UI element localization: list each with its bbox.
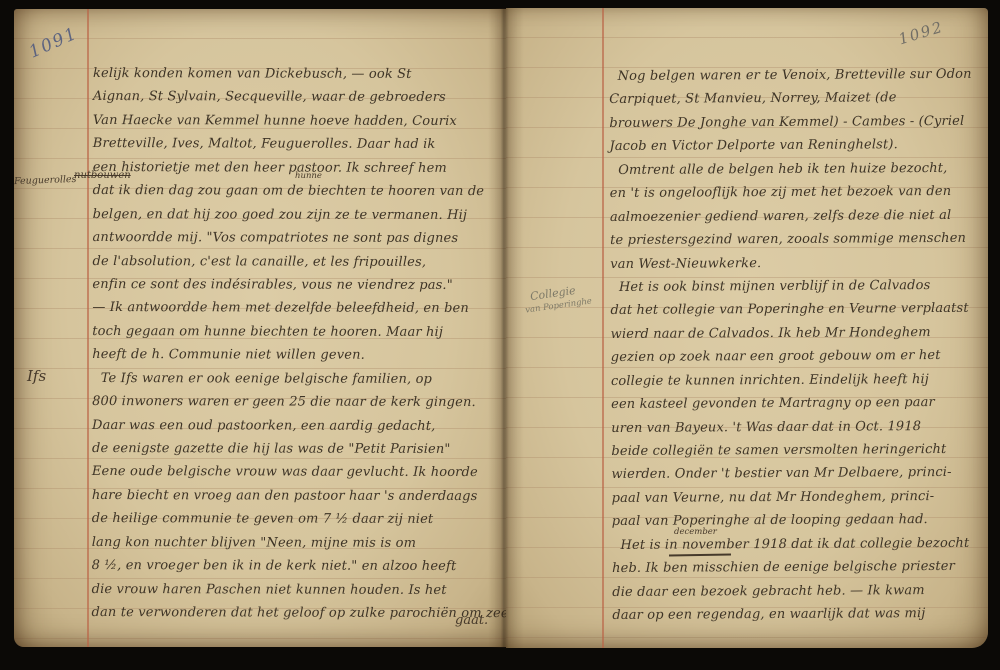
manuscript-line: Jacob en Victor Delporte van Reninghelst… [609,133,985,159]
manuscript-line: kelijk konden komen van Dickebusch, — oo… [93,62,509,87]
manuscript-line: te priestersgezind waren, zooals sommige… [610,227,986,253]
hanging-word: gaat. [455,613,488,628]
manuscript-line: Carpiquet, St Manvieu, Norrey, Maizet (d… [609,86,985,112]
manuscript-line: paal van Veurne, nu dat Mr Hondeghem, pr… [612,485,988,511]
margin-note-ifs: Ifs [27,367,46,385]
text-column: kelijk konden komen van Dickebusch, — oo… [92,62,509,626]
text-column: Nog belgen waren er te Venoix, Brettevil… [609,63,988,628]
manuscript-line: wierd naar de Calvados. Ik heb Mr Hondeg… [611,321,987,347]
manuscript-line: lang kon nuchter blijven "Neen, mijne mi… [92,531,508,556]
manuscript-line: Aignan, St Sylvain, Secqueville, waar de… [93,85,509,110]
manuscript-line: Van Haecke van Kemmel hunne hoeve hadden… [93,109,509,134]
manuscript-line: Te Ifs waren er ook eenige belgische fam… [92,367,508,392]
manuscript-line: — Ik antwoordde hem met dezelfde beleefd… [92,296,508,321]
manuscript-line: toch gegaan om hunne biechten te hooren.… [92,320,508,345]
left-page: kelijk konden komen van Dickebusch, — oo… [14,9,506,647]
manuscript-line: heeft de h. Communie niet willen geven. [92,343,508,368]
manuscript-line: collegie te kunnen inrichten. Eindelijk … [611,367,987,393]
scan-background: kelijk konden komen van Dickebusch, — oo… [0,0,1000,670]
manuscript-line: wierden. Onder 't bestier van Mr Delbaer… [611,461,987,487]
manuscript-line: paal van Poperinghe al de looping gedaan… [612,508,988,534]
red-margin-line [87,9,89,647]
manuscript-line: Omtrent alle de belgen heb ik ten huize … [610,156,986,182]
manuscript-line: de heilige communie te geven om 7 ½ daar… [92,507,508,532]
struck-word: nutbouwen [74,170,131,181]
manuscript-line: gezien op zoek naar een groot gebouw om … [611,344,987,370]
margin-note-feuguerolles: Feuguerolles [14,174,77,187]
manuscript-line: Daar was een oud pastoorken, een aardig … [92,414,508,439]
manuscript-line: de l'absolution, c'est la canaille, et l… [92,249,508,274]
manuscript-line: hare biecht en vroeg aan den pastoor haa… [92,484,508,509]
manuscript-line: die vrouw haren Paschen niet kunnen houd… [92,578,508,603]
manuscript-line: brouwers De Jonghe van Kemmel) - Cambes … [609,110,985,136]
manuscript-line: de eenigste gazette die hij las was de "… [92,437,508,462]
manuscript-line: dan te verwonderen dat het geloof op zul… [92,601,508,626]
page-number: 1091 [26,23,81,62]
manuscript-line: antwoordde mij. "Vos compatriotes ne son… [93,226,509,251]
manuscript-line: Bretteville, Ives, Maltot, Feuguerolles.… [93,132,509,157]
red-margin-line [602,8,604,648]
page-number: 1092 [896,18,945,49]
manuscript-line: 800 inwoners waren er geen 25 die naar d… [92,390,508,415]
manuscript-line: aalmoezenier gediend waren, zelfs deze d… [610,203,986,229]
right-page: Nog belgen waren er te Venoix, Brettevil… [506,8,988,648]
inserted-word: december [674,527,717,537]
manuscript-line: daar op een regendag, en waarlijk dat wa… [612,602,988,628]
inserted-word: hunne [295,171,322,181]
manuscript-line: en 't is ongelooflijk hoe zij met het be… [610,180,986,206]
manuscript-line: belgen, en dat hij zoo goed zou zijn ze … [93,203,509,228]
manuscript-line: dat ik dien dag zou gaan om de biechten … [93,179,509,204]
manuscript-line: 8 ½, en vroeger ben ik in de kerk niet."… [92,554,508,579]
manuscript-line: dat het collegie van Poperinghe en Veurn… [610,297,986,323]
manuscript-line: Eene oude belgische vrouw was daar gevlu… [92,460,508,485]
manuscript-line: die daar een bezoek gebracht heb. — Ik k… [612,578,988,604]
manuscript-line: Het is in november 1918 dat ik dat colle… [612,531,988,557]
manuscript-line: een kasteel gevonden te Martragny op een… [611,391,987,417]
manuscript-line: Nog belgen waren er te Venoix, Brettevil… [609,63,985,89]
manuscript-line: heb. Ik ben misschien de eenige belgisch… [612,555,988,581]
manuscript-line: uren van Bayeux. 't Was daar dat in Oct.… [611,414,987,440]
manuscript-line: van West-Nieuwkerke. [610,250,986,276]
manuscript-line: Het is ook binst mijnen verblijf in de C… [610,274,986,300]
manuscript-line: enfin ce sont des indésirables, vous ne … [92,273,508,298]
manuscript-line: beide collegiën te samen versmolten heri… [611,438,987,464]
